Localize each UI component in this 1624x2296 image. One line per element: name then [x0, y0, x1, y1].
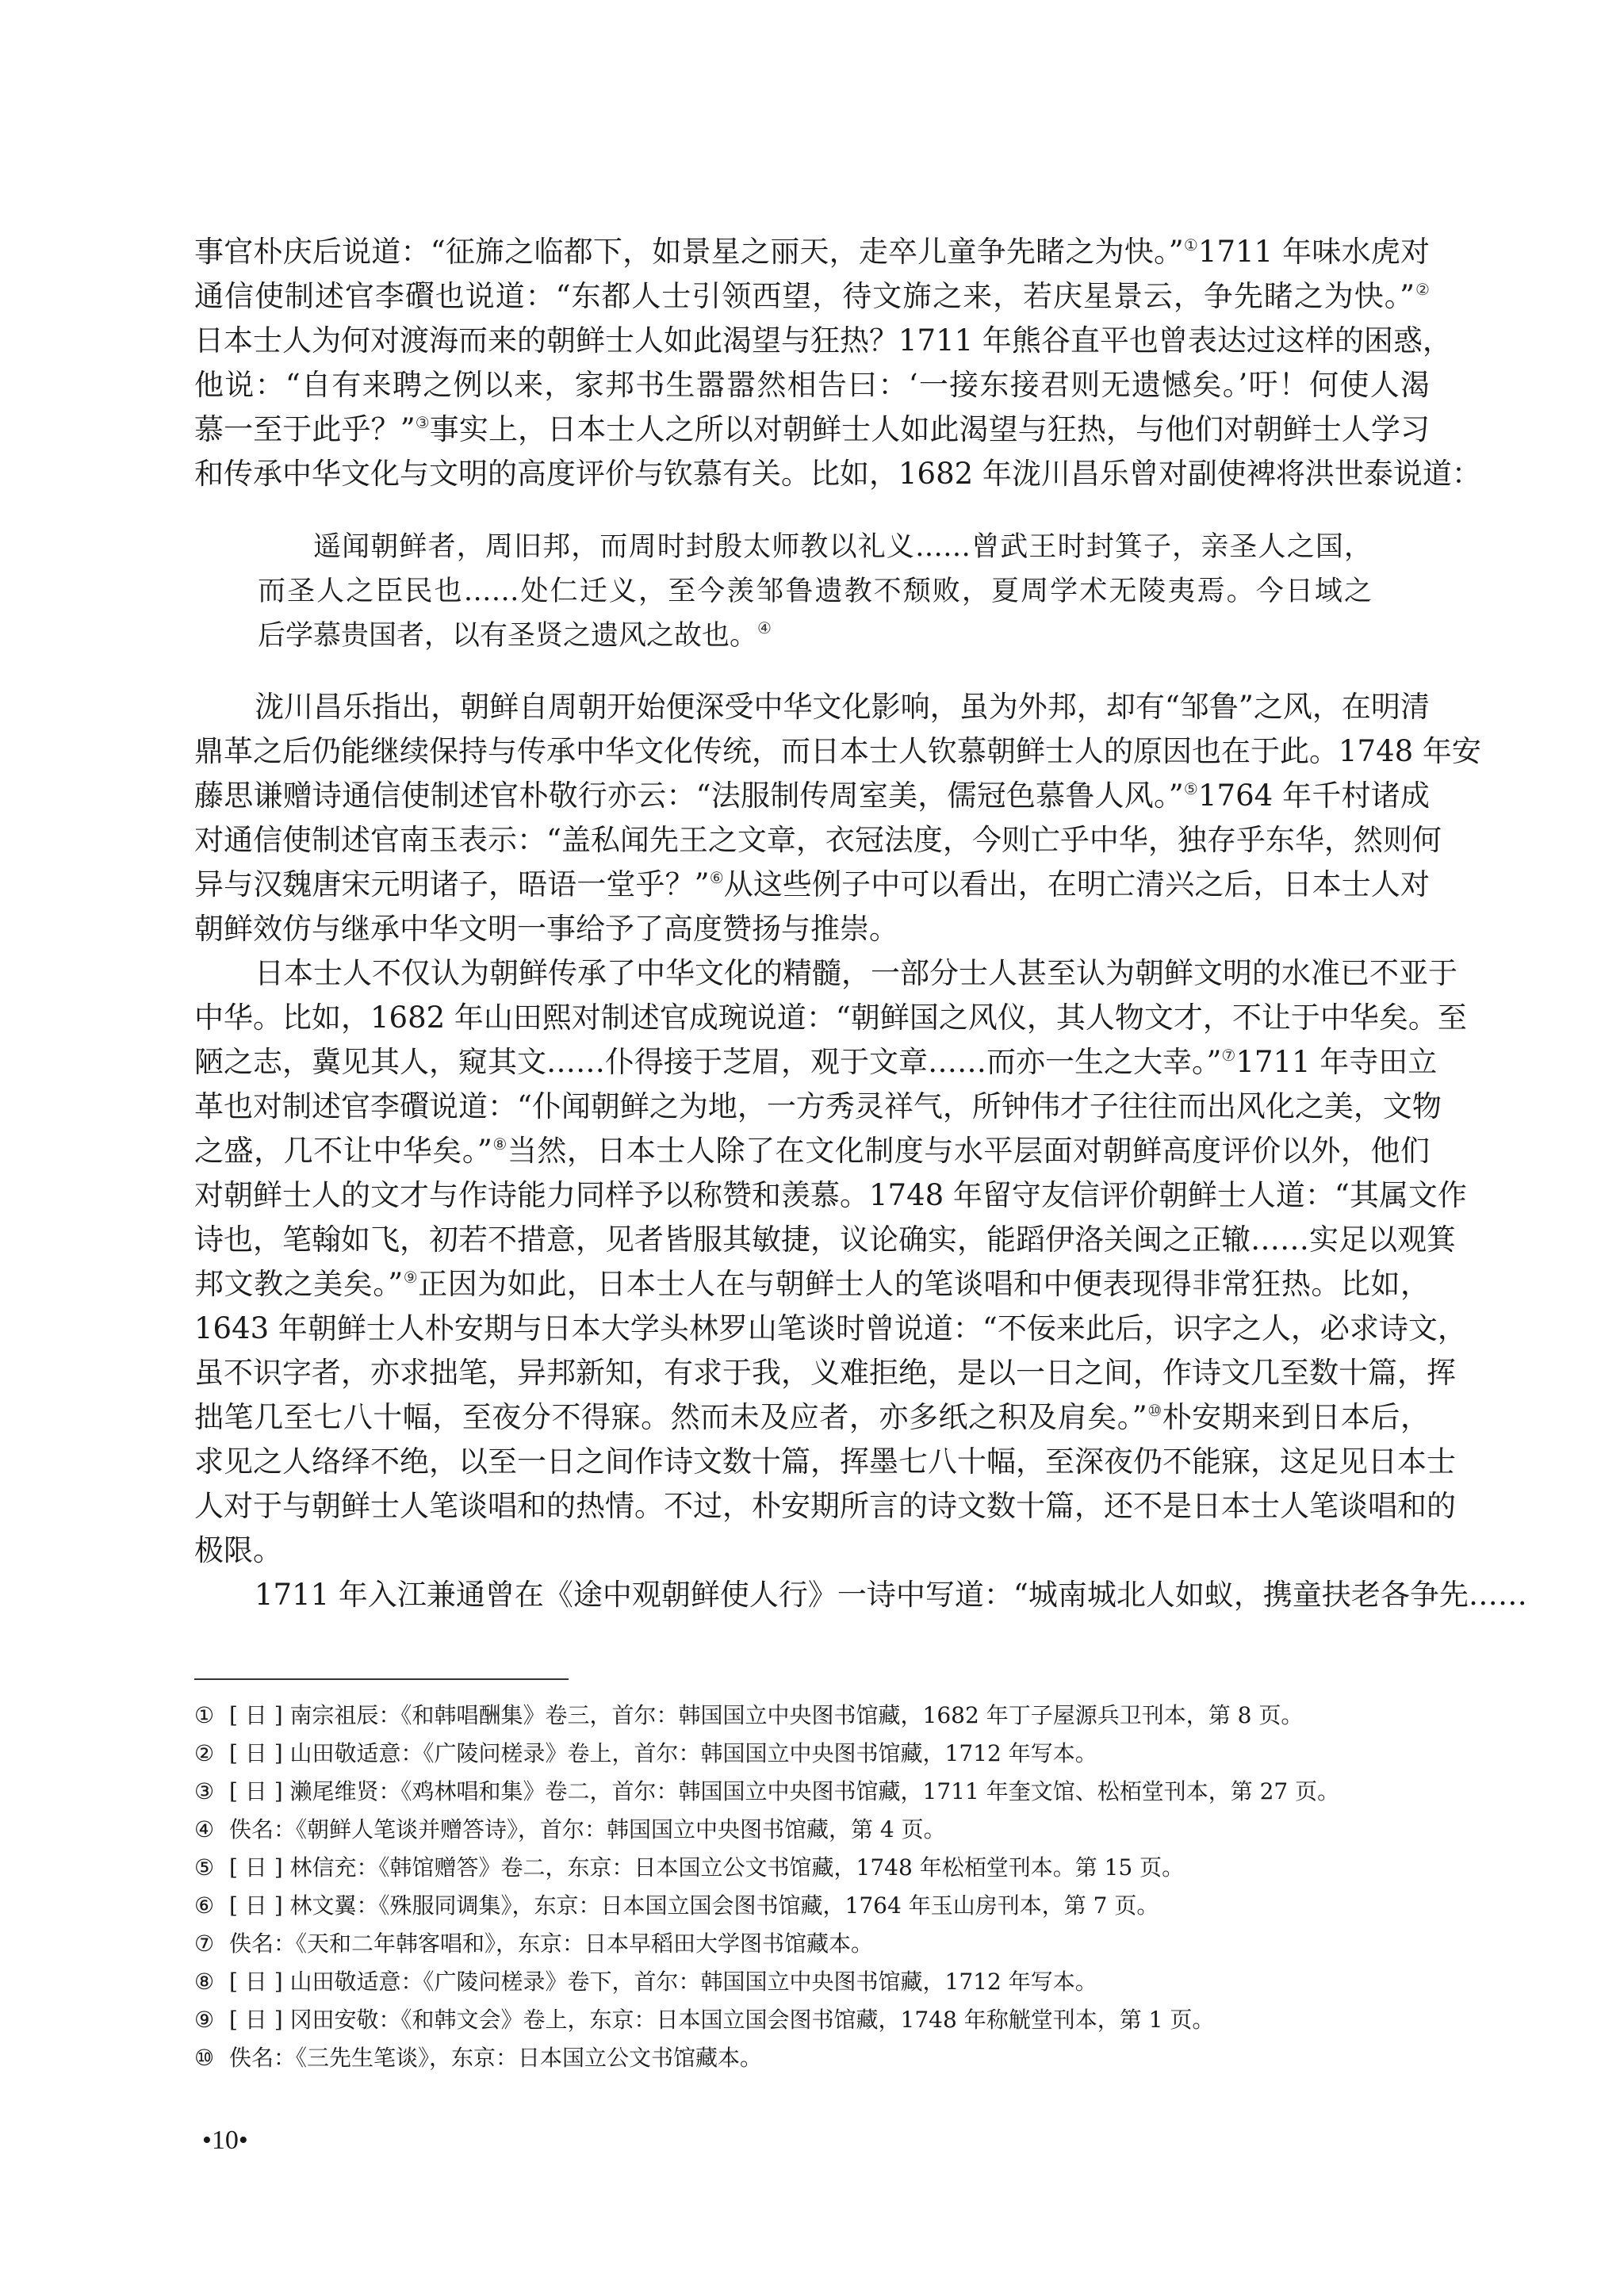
footnote-item: ⑧[ 日 ] 山田敬适意：《广陵问槎录》卷下，首尔：韩国国立中央图书馆藏，171…	[194, 1963, 1430, 2001]
body-line: 他说：“自有来聘之例以来，家邦书生嚣嚣然相告曰：‘一接东接君则无遗憾矣。’吁！何…	[194, 363, 1430, 408]
body-line: 藤思谦赠诗通信使制述官朴敬行亦云：“法服制传周室美，儒冠色慕鲁人风。”⑤1764…	[194, 774, 1430, 818]
body-line: 慕一至于此乎？”③事实上，日本士人之所以对朝鲜士人如此渴望与狂热，与他们对朝鲜士…	[194, 408, 1430, 452]
block-quote-line: 而圣人之臣民也……处仁迁义，至今羡邹鲁遗教不颓败，夏周学术无陵夷焉。今日域之	[258, 569, 1372, 614]
footnote-ref[interactable]: ⑤	[1184, 779, 1198, 798]
body-line: 朝鲜效仿与继承中华文明一事给予了高度赞扬与推崇。	[194, 907, 1430, 951]
footnote-item: ⑩佚名：《三先生笔谈》，东京：日本国立公文书馆藏本。	[194, 2039, 1430, 2077]
body-line: 通信使制述官李礥也说道：“东都人士引领西望，待文旆之来，若庆星景云，争先睹之为快…	[194, 274, 1430, 319]
footnote-ref[interactable]: ⑦	[1221, 1046, 1235, 1065]
body-line: 和传承中华文化与文明的高度评价与钦慕有关。比如，1682 年泷川昌乐曾对副使裨将…	[194, 452, 1430, 496]
block-quote-line: 后学慕贵国者，以有圣贤之遗风之故也。④	[258, 614, 1372, 658]
body-line: 之盛，几不让中华矣。”⑧当然，日本士人除了在文化制度与水平层面对朝鲜高度评价以外…	[194, 1129, 1430, 1173]
footnote-ref[interactable]: ⑨	[403, 1268, 418, 1287]
footnote-ref[interactable]: ⑥	[710, 868, 724, 887]
footnote-item: ⑤[ 日 ] 林信充：《韩馆赠答》卷二，东京：日本国立公文书馆藏，1748 年松…	[194, 1849, 1430, 1887]
footnote-item: ⑦佚名：《天和二年韩客唱和》，东京：日本早稻田大学图书馆藏本。	[194, 1925, 1430, 1963]
footnote-item: ④佚名：《朝鲜人笔谈并赠答诗》，首尔：韩国国立中央图书馆藏，第 4 页。	[194, 1811, 1430, 1849]
body-line: 鼎革之后仍能继续保持与传承中华文化传统，而日本士人钦慕朝鲜士人的原因也在于此。1…	[194, 729, 1430, 774]
body-line: 极限。	[194, 1529, 1430, 1573]
body-line: 人对于与朝鲜士人笔谈唱和的热情。不过，朴安期所言的诗文数十篇，还不是日本士人笔谈…	[194, 1484, 1430, 1529]
footnote-ref[interactable]: ①	[1184, 235, 1198, 254]
footnote-ref[interactable]: ⑧	[492, 1135, 507, 1154]
body-line: 革也对制述官李礥说道：“仆闻朝鲜之为地，一方秀灵祥气，所钟伟才子往往而出风化之美…	[194, 1085, 1430, 1129]
footnote-item: ②[ 日 ] 山田敬适意：《广陵问槎录》卷上，首尔：韩国国立中央图书馆藏，171…	[194, 1735, 1430, 1773]
body-line: 拙笔几至七八十幅，至夜分不得寐。然而未及应者，亦多纸之积及肩矣。”⑩朴安期来到日…	[194, 1395, 1430, 1440]
body-line: 异与汉魏唐宋元明诸子，晤语一堂乎？”⑥从这些例子中可以看出，在明亡清兴之后，日本…	[194, 863, 1430, 907]
body-line: 诗也，笔翰如飞，初若不措意，见者皆服其敏捷，议论确实，能蹈伊洛关闽之正辙……实足…	[194, 1218, 1430, 1262]
body-line: 日本士人不仅认为朝鲜传承了中华文化的精髓，一部分士人甚至认为朝鲜文明的水准已不亚…	[255, 951, 1430, 996]
footnote-ref[interactable]: ②	[1415, 280, 1430, 299]
body-line: 1643 年朝鲜士人朴安期与日本大学头林罗山笔谈时曾说道：“不佞来此后，识字之人…	[194, 1307, 1430, 1351]
body-line: 对朝鲜士人的文才与作诗能力同样予以称赞和羡慕。1748 年留守友信评价朝鲜士人道…	[194, 1173, 1430, 1218]
body-line: 对通信使制述官南玉表示：“盖私闻先王之文章，衣冠法度，今则亡乎中华，独存乎东华，…	[194, 818, 1430, 863]
footnote-item: ⑨[ 日 ] 冈田安敬：《和韩文会》卷上，东京：日本国立国会图书馆藏，1748 …	[194, 2001, 1430, 2039]
body-line: 日本士人为何对渡海而来的朝鲜士人如此渴望与狂热？1711 年熊谷直平也曾表达过这…	[194, 319, 1430, 363]
body-line: 中华。比如，1682 年山田熙对制述官成琬说道：“朝鲜国之风仪，其人物文才，不让…	[194, 996, 1430, 1040]
footnote-item: ③[ 日 ] 濑尾维贤：《鸡林唱和集》卷二，首尔：韩国国立中央图书馆藏，1711…	[194, 1773, 1430, 1811]
body-line: 求见之人络绎不绝，以至一日之间作诗文数十篇，挥墨七八十幅，至深夜仍不能寐，这足见…	[194, 1440, 1430, 1484]
page-number: •10•	[202, 2123, 248, 2158]
body-line: 虽不识字者，亦求拙笔，异邦新知，有求于我，义难拒绝，是以一日之间，作诗文几至数十…	[194, 1351, 1430, 1395]
body-line: 事官朴庆后说道：“征旆之临都下，如景星之丽天，走卒儿童争先睹之为快。”①1711…	[194, 230, 1430, 274]
body-line: 1711 年入江兼通曾在《途中观朝鲜使人行》一诗中写道：“城南城北人如蚁，携童扶…	[255, 1573, 1430, 1617]
body-line: 陋之志，冀见其人，窥其文……仆得接于芝眉，观于文章……而亦一生之大幸。”⑦171…	[194, 1040, 1430, 1085]
body-line: 泷川昌乐指出，朝鲜自周朝开始便深受中华文化影响，虽为外邦，却有“邹鲁”之风，在明…	[255, 685, 1430, 729]
block-quote-line: 遥闻朝鲜者，周旧邦，而周时封殷太师教以礼义……曾武王时封箕子，亲圣人之国，	[313, 525, 1372, 569]
body-line: 邦文教之美矣。”⑨正因为如此，日本士人在与朝鲜士人的笔谈唱和中便表现得非常狂热。…	[194, 1262, 1430, 1307]
footnote-ref[interactable]: ④	[757, 618, 772, 637]
footnote-ref[interactable]: ⑩	[1147, 1401, 1162, 1420]
footnote-item: ①[ 日 ] 南宗祖辰：《和韩唱酬集》卷三，首尔：韩国国立中央图书馆藏，1682…	[194, 1697, 1430, 1735]
footnote-divider	[194, 1678, 569, 1680]
footnote-ref[interactable]: ③	[416, 413, 430, 432]
footnote-item: ⑥[ 日 ] 林文翼：《殊服同调集》，东京：日本国立国会图书馆藏，1764 年玉…	[194, 1887, 1430, 1925]
